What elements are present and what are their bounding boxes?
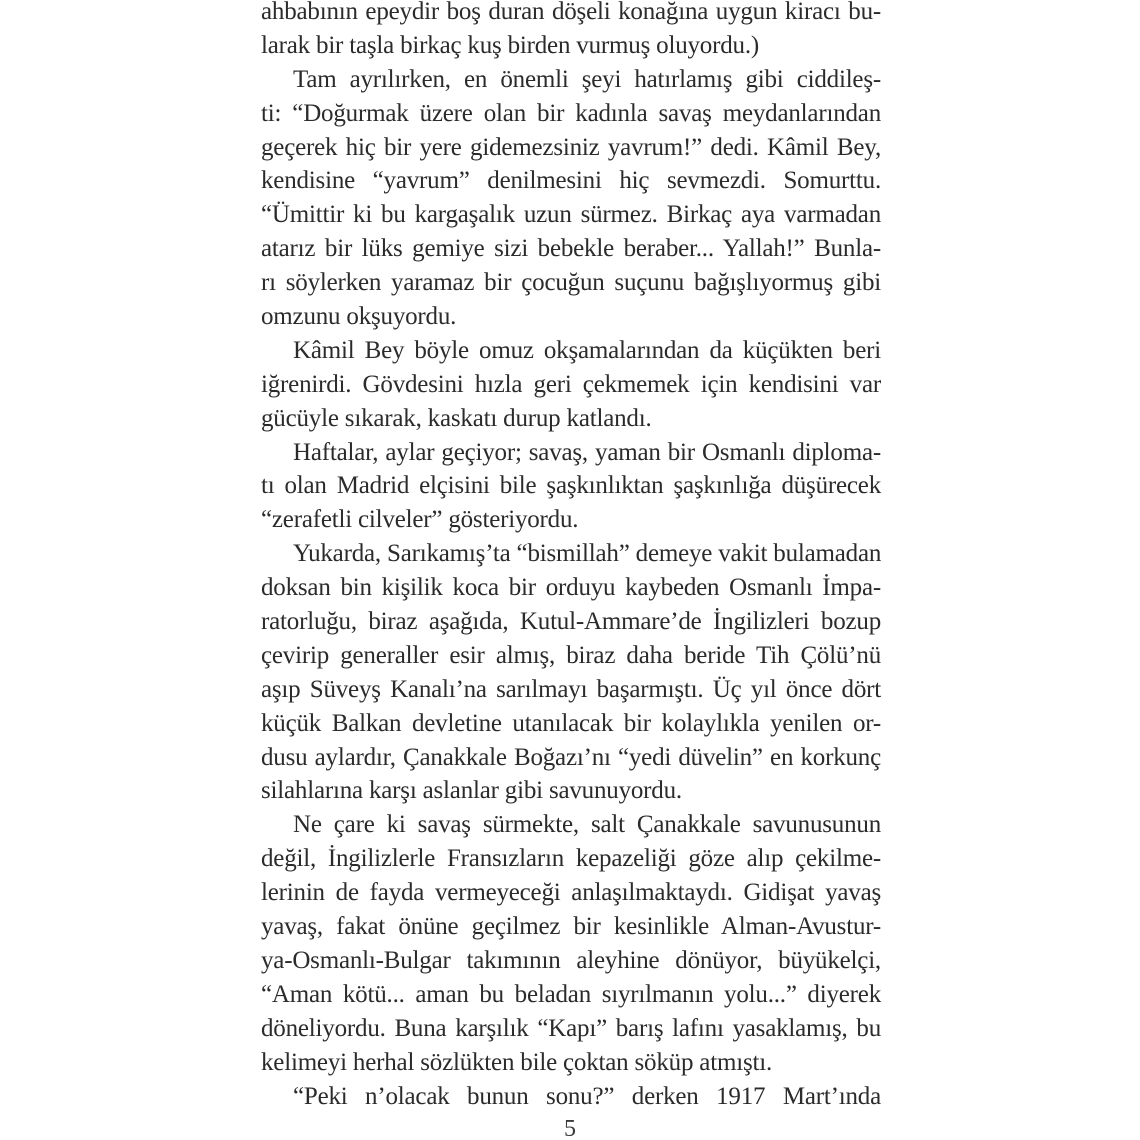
paragraph-first-line: Tam ayrılırken, en önemli şeyi hatırlamı… (261, 63, 881, 97)
text-line: yavaş, fakat önüne geçilmez bir kesinlik… (261, 910, 881, 944)
text-line: aşıp Süveyş Kanalı’na sarılmayı başarmış… (261, 673, 881, 707)
text-line: döneliyordu. Buna karşılık “Kapı” barış … (261, 1012, 881, 1046)
text-line: “Aman kötü... aman bu beladan sıyrılmanı… (261, 978, 881, 1012)
paragraph-first-line: Haftalar, aylar geçiyor; savaş, yaman bi… (261, 436, 881, 470)
text-line: “zerafetli cilveler” gösteriyordu. (261, 503, 881, 537)
text-line: gücüyle sıkarak, kaskatı durup katlandı. (261, 402, 881, 436)
text-line: ahbabının epeydir boş duran döşeli konağ… (261, 0, 881, 29)
text-line: ti: “Doğurmak üzere olan bir kadınla sav… (261, 97, 881, 131)
text-line: “Ümittir ki bu kargaşalık uzun sürmez. B… (261, 198, 881, 232)
text-line: değil, İngilizlerle Fransızların kepazel… (261, 842, 881, 876)
text-line: larak bir taşla birkaç kuş birden vurmuş… (261, 29, 881, 63)
text-line: atarız bir lüks gemiye sizi bebekle bera… (261, 232, 881, 266)
text-line: omzunu okşuyordu. (261, 300, 881, 334)
paragraph-first-line: Kâmil Bey böyle omuz okşamalarından da k… (261, 334, 881, 368)
text-line: silahlarına karşı aslanlar gibi savunuyo… (261, 774, 881, 808)
text-line: tı olan Madrid elçisini bile şaşkınlıkta… (261, 469, 881, 503)
text-line: küçük Balkan devletine utanılacak bir ko… (261, 707, 881, 741)
book-page-text: ahbabının epeydir boş duran döşeli konağ… (261, 0, 881, 1113)
text-line: rı söylerken yaramaz bir çocuğun suçunu … (261, 266, 881, 300)
text-line: kelimeyi herhal sözlükten bile çoktan sö… (261, 1046, 881, 1080)
text-line: iğrenirdi. Gövdesini hızla geri çekmemek… (261, 368, 881, 402)
text-line: dusu aylardır, Çanakkale Boğazı’nı “yedi… (261, 741, 881, 775)
text-line: ya-Osmanlı-Bulgar takımının aleyhine dön… (261, 944, 881, 978)
paragraph-first-line: Yukarda, Sarıkamış’ta “bismillah” demeye… (261, 537, 881, 571)
text-line: lerinin de fayda vermeyeceği anlaşılmakt… (261, 876, 881, 910)
paragraph-first-line: Ne çare ki savaş sürmekte, salt Çanakkal… (261, 808, 881, 842)
text-line: doksan bin kişilik koca bir orduyu kaybe… (261, 571, 881, 605)
text-line: çevirip generaller esir almış, biraz dah… (261, 639, 881, 673)
text-line: ratorluğu, biraz aşağıda, Kutul-Ammare’d… (261, 605, 881, 639)
text-line: kendisine “yavrum” denilmesini hiç sevme… (261, 164, 881, 198)
paragraph-first-line: “Peki n’olacak bunun sonu?” derken 1917 … (261, 1080, 881, 1114)
text-line: geçerek hiç bir yere gidemezsiniz yavrum… (261, 131, 881, 165)
page-number: 5 (0, 1116, 1140, 1140)
